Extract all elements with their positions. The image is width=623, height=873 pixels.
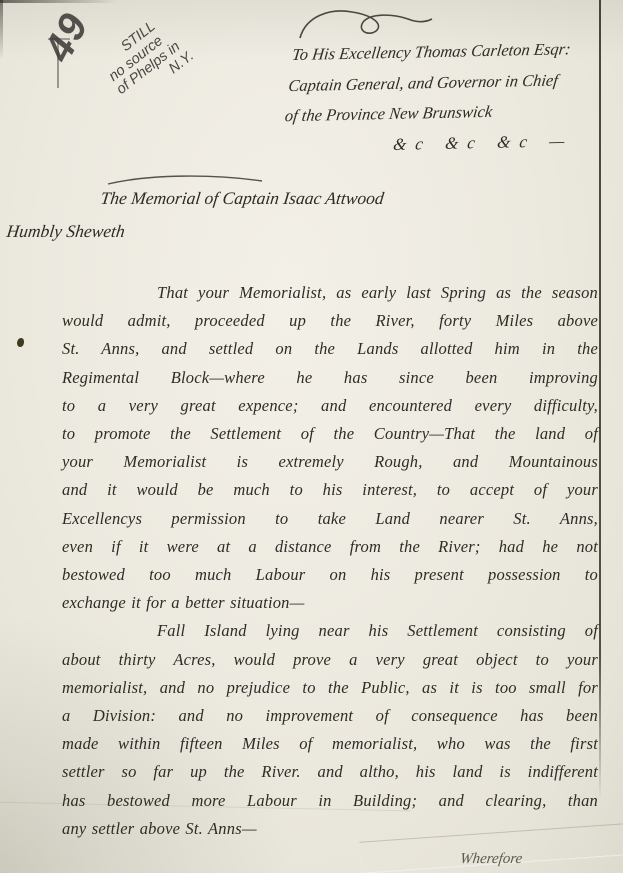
scan-edge-left xyxy=(0,0,3,60)
body-line: your Memorialist is extremely Rough, and… xyxy=(62,448,598,476)
body-line: a Division: and no improvement of conseq… xyxy=(62,702,598,730)
body-line: would admit, proceeded up the River, for… xyxy=(62,307,598,335)
body-line: has bestowed more Labour in Building; an… xyxy=(62,787,598,815)
salutation: Humbly Sheweth xyxy=(5,221,126,242)
body-line: That your Memorialist, as early last Spr… xyxy=(62,279,598,307)
body-line: bestowed too much Labour on his present … xyxy=(62,561,598,589)
body-line: about thirty Acres, would prove a very g… xyxy=(62,646,598,674)
body-line: and it would be much to his interest, to… xyxy=(62,476,598,504)
body-line: St. Anns, and settled on the Lands allot… xyxy=(62,335,598,363)
body-line: exchange it for a better situation— xyxy=(62,589,598,617)
page-edge-line xyxy=(599,0,601,800)
address-header: To His Excellency Thomas Carleton Esqr: … xyxy=(279,33,606,162)
body-line: Excellencys permission to take Land near… xyxy=(62,505,598,533)
body-line: to promote the Settlement of the Country… xyxy=(62,420,598,448)
catchword: Wherefore xyxy=(459,851,523,868)
scan-edge-top xyxy=(0,0,118,3)
body-line: Fall Island lying near his Settlement co… xyxy=(62,617,598,645)
body-line: settler so far up the River. and altho, … xyxy=(62,758,598,786)
body-line: to a very great expence; and encountered… xyxy=(62,392,598,420)
memorial-body: That your Memorialist, as early last Spr… xyxy=(62,279,598,843)
body-line: Regimental Block—where he has since been… xyxy=(62,364,598,392)
memorial-title: The Memorial of Captain Isaac Attwood xyxy=(99,188,385,209)
body-line: even if it were at a distance from the R… xyxy=(62,533,598,561)
body-line: any settler above St. Anns— xyxy=(62,815,598,843)
ink-blot xyxy=(17,338,24,347)
body-line: made within fifteen Miles of memorialist… xyxy=(62,730,598,758)
body-line: memorialist, and no prejudice to the Pub… xyxy=(62,674,598,702)
scanned-document-page: 49 STILL no source of Phelps in N.Y. To … xyxy=(0,0,623,873)
ink-flourish-icon xyxy=(106,172,266,186)
